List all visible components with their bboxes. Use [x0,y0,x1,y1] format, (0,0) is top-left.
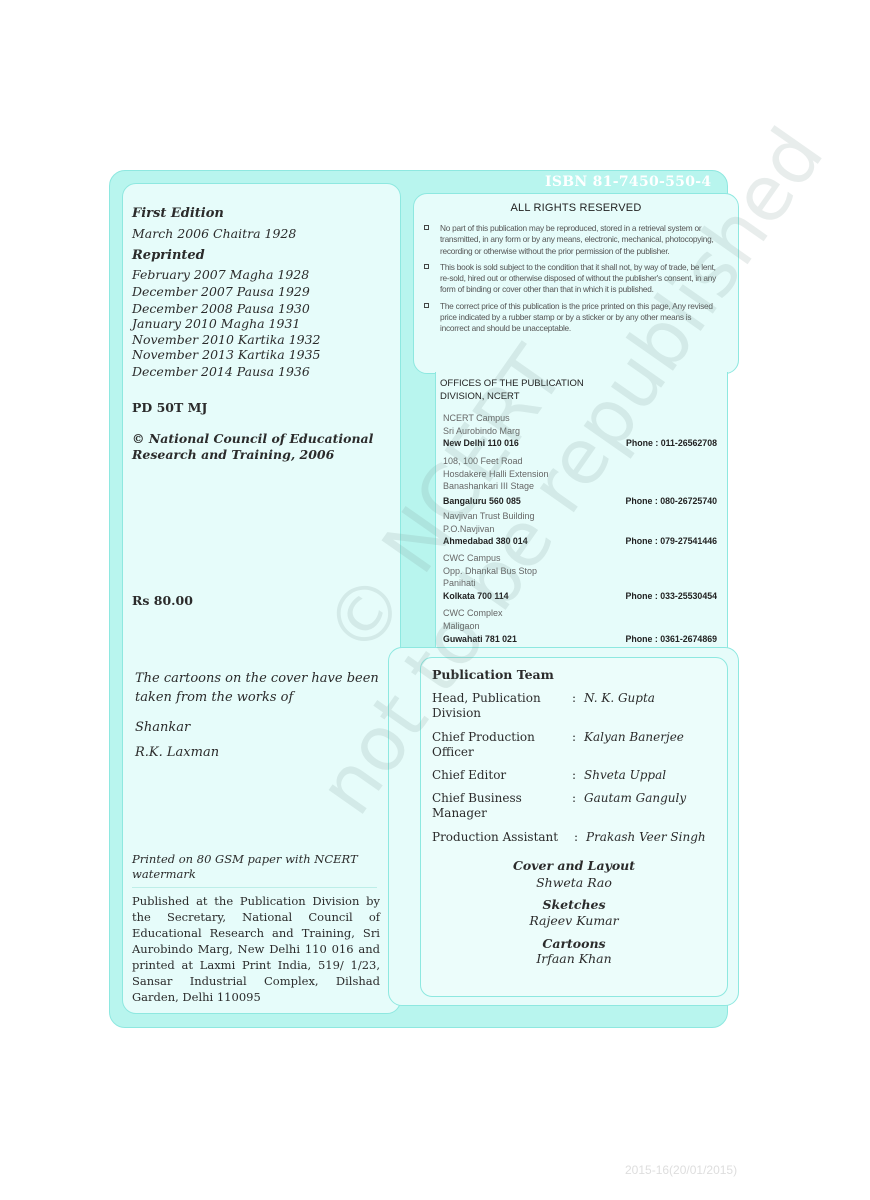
reprinted-label: Reprinted [132,248,205,263]
rights-item: The correct price of this publication is… [423,301,721,335]
printed-note: Printed on 80 GSM paper with NCERT water… [132,852,382,882]
cartoons-note: The cartoons on the cover have been take… [135,669,385,707]
footer-date: 2015-16(20/01/2015) [625,1163,737,1177]
credit-heading: Sketches [420,897,728,912]
published-note: Published at the Publication Division by… [132,893,380,1005]
reprint-item: December 2007 Pausa 1929 [132,284,310,299]
office-ahmedabad: Navjivan Trust Building P.O.Navjivan Ahm… [443,510,717,548]
office-bangaluru: 108, 100 Feet Road Hosdakere Halli Exten… [443,455,717,507]
checkbox-bullet-icon [424,303,429,308]
rights-title: ALL RIGHTS RESERVED [413,202,739,214]
rights-list: No part of this publication may be repro… [423,223,721,340]
isbn: ISBN 81-7450-550-4 [545,174,711,190]
rights-item: No part of this publication may be repro… [423,223,721,257]
reprint-item: January 2010 Magha 1931 [132,316,300,331]
team-member: Production Assistant : Prakash Veer Sing… [432,830,722,845]
cartoonist: Shankar [135,720,190,735]
credit-name: Rajeev Kumar [420,913,728,928]
credit-heading: Cover and Layout [420,858,728,873]
price: Rs 80.00 [132,593,193,608]
reprint-item: November 2010 Kartika 1932 [132,332,321,347]
publication-code: PD 50T MJ [132,400,207,415]
team-member: Chief Editor : Shveta Uppal [432,768,722,783]
reprint-item: December 2014 Pausa 1936 [132,364,310,379]
copyright-notice: © National Council of Educational Resear… [132,431,392,463]
credit-heading: Cartoons [420,936,728,951]
offices-title: OFFICES OF THE PUBLICATION DIVISION, NCE… [440,377,640,403]
office-guwahati: CWC Complex Maligaon Guwahati 781 021Pho… [443,607,717,646]
checkbox-bullet-icon [424,225,429,230]
first-edition-date: March 2006 Chaitra 1928 [132,226,296,241]
cartoonist: R.K. Laxman [135,745,219,760]
credit-name: Shweta Rao [420,875,728,890]
divider [132,887,377,888]
checkbox-bullet-icon [424,264,429,269]
team-title: Publication Team [432,667,554,682]
reprint-item: November 2013 Kartika 1935 [132,347,321,362]
office-new-delhi: NCERT Campus Sri Aurobindo Marg New Delh… [443,412,717,450]
team-member: Chief Business Manager : Gautam Ganguly [432,791,722,821]
reprint-item: December 2008 Pausa 1930 [132,301,310,316]
first-edition-label: First Edition [132,206,224,221]
team-member: Head, Publication Division : N. K. Gupta [432,691,722,721]
office-kolkata: CWC Campus Opp. Dhankal Bus Stop Panihat… [443,552,717,602]
reprint-item: February 2007 Magha 1928 [132,267,309,282]
rights-item: This book is sold subject to the conditi… [423,262,721,296]
credit-name: Irfaan Khan [420,951,728,966]
team-member: Chief Production Officer : Kalyan Banerj… [432,730,722,760]
